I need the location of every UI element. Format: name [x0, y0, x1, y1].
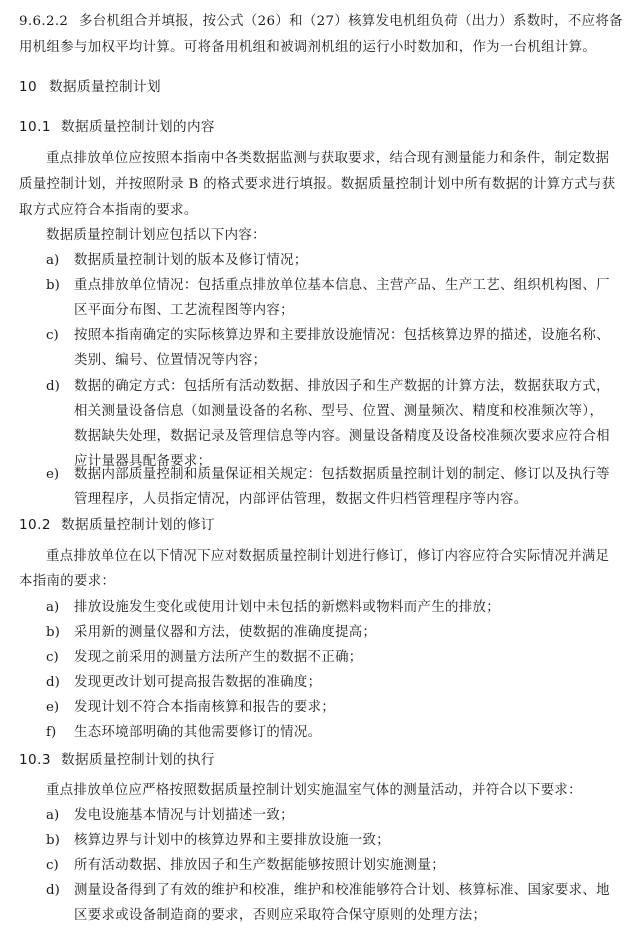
paragraph-line: 重点排放单位应严格按照数据质量控制计划实施温室气体的测量活动，并符合以下要求：: [19, 778, 626, 803]
section-title: 数据质量控制计划的执行: [61, 752, 215, 768]
list-item-text: 排放设施发生变化或使用计划中未包括的新燃料或物料而产生的排放；: [74, 595, 626, 620]
section-heading-10-3: 10.3数据质量控制计划的执行: [19, 748, 626, 773]
paragraph-lead: 数据质量控制计划应包括以下内容：: [19, 223, 626, 248]
list-item-text: 采用新的测量仪器和方法，使数据的准确度提高；: [74, 620, 626, 645]
section-title: 数据质量控制计划的修订: [61, 517, 215, 533]
list-item-label: d): [46, 670, 60, 695]
section-heading-10-1: 10.1数据质量控制计划的内容: [19, 115, 626, 140]
section-number: 10.1: [19, 115, 61, 140]
section-title: 数据质量控制计划的内容: [61, 119, 215, 135]
list-item-label: d): [46, 878, 60, 903]
list-item-text: 区平面分布图、工艺流程图等内容；: [74, 298, 626, 323]
clause-9-6-2-2-line-1: 9.6.2.2多台机组合并填报，按公式（26）和（27）核算发电机组负荷（出力）…: [19, 9, 626, 34]
list-item-text: 数据的确定方式：包括所有活动数据、排放因子和生产数据的计算方法，数据获取方式，: [74, 374, 626, 399]
document-page: 9.6.2.2多台机组合并填报，按公式（26）和（27）核算发电机组负荷（出力）…: [0, 0, 640, 928]
section-title: 数据质量控制计划: [49, 79, 161, 95]
list-item-text: 所有活动数据、排放因子和生产数据能够按照计划实施测量；: [74, 853, 626, 878]
section-heading-10: 10数据质量控制计划: [19, 75, 626, 100]
list-item-text: 发现更改计划可提高报告数据的准确度；: [74, 670, 626, 695]
section-number: 10.2: [19, 513, 61, 538]
list-item-text: 按照本指南确定的实际核算边界和主要排放设施情况：包括核算边界的描述，设施名称、: [74, 323, 626, 348]
list-item-text: 数据内部质量控制和质量保证相关规定：包括数据质量控制计划的制定、修订以及执行等: [74, 462, 626, 487]
clause-text: 多台机组合并填报，按公式（26）和（27）核算发电机组负荷（出力）系数时，不应将…: [79, 14, 623, 29]
paragraph-line: 取方式应符合本指南的要求。: [19, 198, 626, 223]
paragraph-line: 本指南的要求：: [19, 569, 626, 594]
list-item-label: a): [46, 803, 59, 828]
list-item-label: f): [46, 720, 56, 745]
list-item-label: b): [46, 620, 60, 645]
list-item-text: 管理程序，人员指定情况，内部评估管理，数据文件归档管理程序等内容。: [74, 487, 626, 512]
list-item-text: 类别、编号、位置情况等内容；: [74, 348, 626, 373]
paragraph-line: 质量控制计划，并按照附录 B 的格式要求进行填报。数据质量控制计划中所有数据的计…: [19, 172, 626, 197]
section-heading-10-2: 10.2数据质量控制计划的修订: [19, 513, 626, 538]
list-item-label: a): [46, 595, 59, 620]
list-item-text: 数据质量控制计划的版本及修订情况；: [74, 248, 626, 273]
clause-9-6-2-2-line-2: 用机组参与加权平均计算。可将备用机组和被调剂机组的运行小时数加和，作为一台机组计…: [19, 35, 626, 60]
paragraph-line: 重点排放单位应按照本指南中各类数据监测与获取要求，结合现有测量能力和条件，制定数…: [19, 146, 626, 171]
clause-number: 9.6.2.2: [19, 9, 79, 34]
list-item-text: 数据缺失处理，数据记录及管理信息等内容。测量设备精度及设备校准频次要求应符合相: [74, 424, 626, 449]
list-item-text: 相关测量设备信息（如测量设备的名称、型号、位置、测量频次、精度和校准频次等），: [74, 399, 626, 424]
list-item-text: 发现计划不符合本指南核算和报告的要求；: [74, 695, 626, 720]
list-item-label: c): [46, 645, 59, 670]
list-item-label: b): [46, 273, 60, 298]
list-item-text: 发电设施基本情况与计划描述一致；: [74, 803, 626, 828]
list-item-text: 区要求或设备制造商的要求，否则应采取符合保守原则的处理方法；: [74, 903, 626, 928]
list-item-text: 生态环境部明确的其他需要修订的情况。: [74, 720, 626, 745]
list-item-text: 重点排放单位情况：包括重点排放单位基本信息、主营产品、生产工艺、组织机构图、厂: [74, 273, 626, 298]
list-item-label: e): [46, 462, 59, 487]
list-item-label: c): [46, 853, 59, 878]
list-item-label: e): [46, 695, 59, 720]
list-item-label: b): [46, 828, 60, 853]
list-item-label: c): [46, 323, 59, 348]
list-item-label: d): [46, 374, 60, 399]
paragraph-line: 重点排放单位在以下情况下应对数据质量控制计划进行修订，修订内容应符合实际情况并满…: [19, 544, 626, 569]
section-number: 10.3: [19, 748, 61, 773]
list-item-text: 核算边界与计划中的核算边界和主要排放设施一致；: [74, 828, 626, 853]
list-item-text: 发现之前采用的测量方法所产生的数据不正确；: [74, 645, 626, 670]
list-item-text: 测量设备得到了有效的维护和校准，维护和校准能够符合计划、核算标准、国家要求、地: [74, 878, 626, 903]
list-item-label: a): [46, 248, 59, 273]
section-number: 10: [19, 75, 49, 100]
